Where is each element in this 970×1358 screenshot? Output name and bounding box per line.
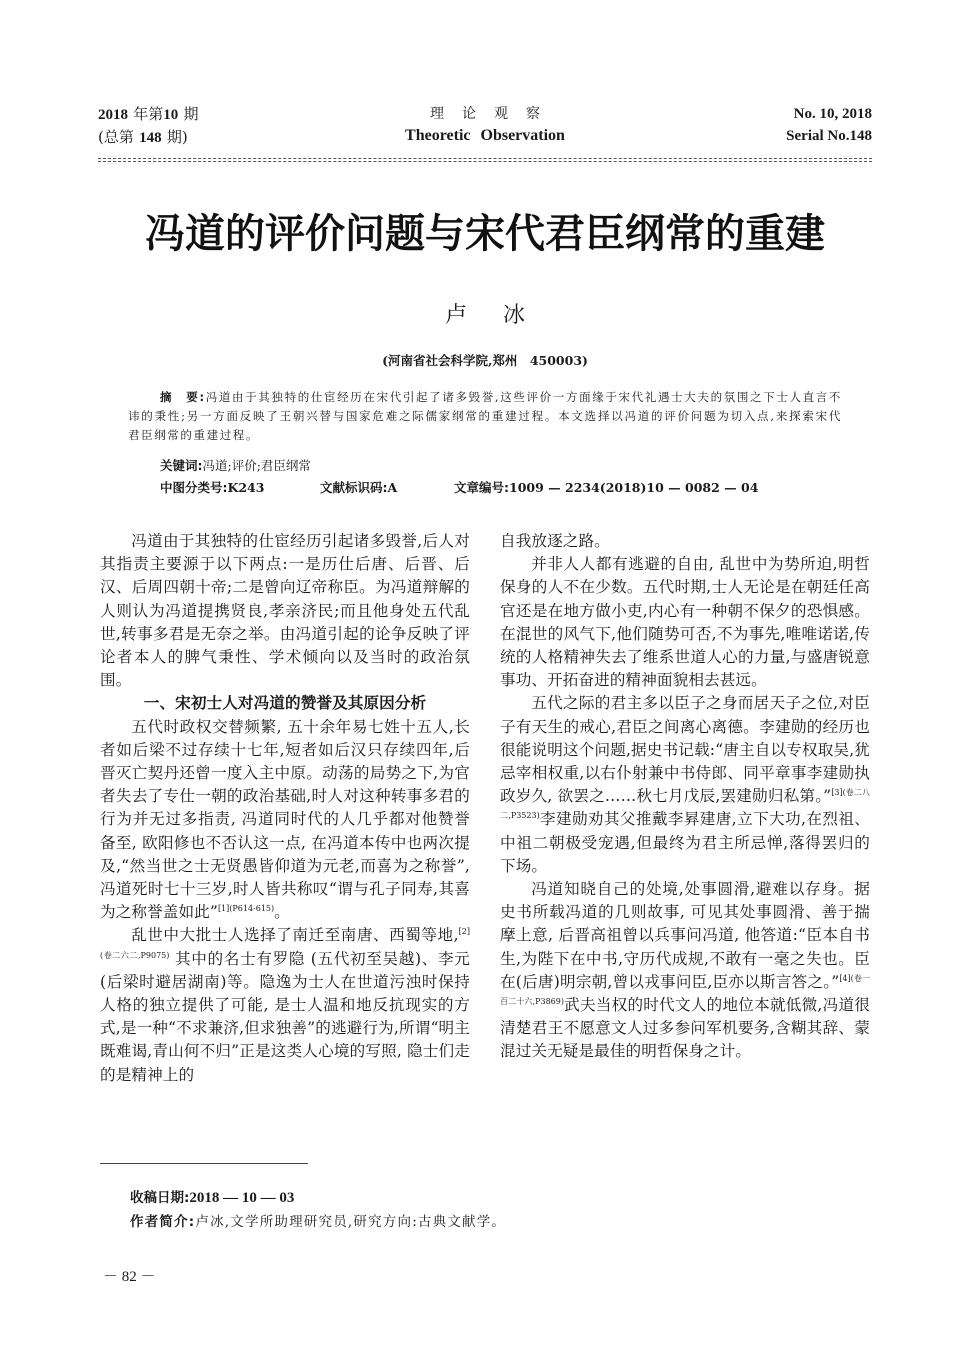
article-number: 文章编号:1009 — 2234(2018)10 — 0082 — 04 <box>454 478 758 496</box>
received-date: 收稿日期:2018 — 10 — 03 <box>130 1186 294 1207</box>
paragraph: 冯道由于其独特的仕宦经历引起诸多毁誉,后人对其指责主要源于以下两点:一是历仕后唐… <box>100 530 470 692</box>
paragraph-text: 乱世中大批士人选择了南迁至南唐、西蜀等地, <box>131 926 458 944</box>
article-no-value: 1009 — 2234(2018)10 — 0082 — 04 <box>509 480 758 495</box>
body-column-right: 自我放逐之路。 并非人人都有逃避的自由, 乱世中为势所迫,明哲保身的人不在少数。… <box>500 530 870 1064</box>
clc-code: 中图分类号:K243 <box>160 478 264 496</box>
author-affiliation: (河南省社会科学院,郑州 450003) <box>0 351 970 369</box>
abstract-label: 摘 要: <box>160 390 206 404</box>
paragraph-text: 其中的名士有罗隐 (五代初至吴越)、李元(后梁时避居湖南)等。隐逸为士人在世道污… <box>100 950 470 1084</box>
issue-number-en: No. 10, 2018 <box>786 103 872 125</box>
journal-name-cn: 理论观察 <box>98 103 872 125</box>
serial-number-en: Serial No.148 <box>786 125 872 147</box>
paragraph: 自我放逐之路。 <box>500 530 870 553</box>
page-number: － 82 － <box>103 1265 156 1286</box>
journal-name: 理论观察 Theoretic Observation <box>98 103 872 147</box>
footnote-rule <box>100 1163 308 1164</box>
paragraph-text: 冯道知晓自己的处境,处事圆滑,避难以存身。据史书所载冯道的几则故事, 可见其处事… <box>500 880 870 991</box>
clc-value: K243 <box>228 480 265 495</box>
received-date-value: 2018 — 10 — 03 <box>189 1190 294 1206</box>
paragraph-text: 五代之际的君主多以臣子之身而居天子之位,对臣子有天生的戒心,君臣之间离心离德。李… <box>500 694 870 805</box>
abstract-indent <box>128 390 160 404</box>
document-code: 文献标识码:A <box>320 478 397 496</box>
citation: [1](P614-615) <box>218 904 274 913</box>
paragraph-text: 五代时政权交替频繁, 五十余年易七姓十五人,长者如后梁不过存续十七年,短者如后汉… <box>100 718 470 922</box>
header-rule <box>98 158 872 160</box>
keywords: 关键词:冯道;评价;君臣纲常 <box>160 456 311 474</box>
paragraph: 乱世中大批士人选择了南迁至南唐、西蜀等地,[2](卷二六二,P9075) 其中的… <box>100 924 470 1086</box>
paragraph: 冯道知晓自己的处境,处事圆滑,避难以存身。据史书所载冯道的几则故事, 可见其处事… <box>500 878 870 1064</box>
paragraph: 五代时政权交替频繁, 五十余年易七姓十五人,长者如后梁不过存续十七年,短者如后汉… <box>100 716 470 925</box>
paragraph: 五代之际的君主多以臣子之身而居天子之位,对臣子有天生的戒心,君臣之间离心离德。李… <box>500 692 870 878</box>
author-name: 卢冰 <box>0 298 970 329</box>
journal-name-en: Theoretic Observation <box>98 125 872 147</box>
author-bio-label: 作者简介: <box>130 1214 195 1230</box>
body-column-left: 冯道由于其独特的仕宦经历引起诸多毁誉,后人对其指责主要源于以下两点:一是历仕后唐… <box>100 530 470 1087</box>
keywords-text: 冯道;评价;君臣纲常 <box>203 458 311 473</box>
keywords-label: 关键词: <box>160 458 203 473</box>
received-date-label: 收稿日期: <box>130 1190 189 1206</box>
section-heading: 一、宋初士人对冯道的赞誉及其原因分析 <box>100 692 470 715</box>
abstract: 摘 要:冯道由于其独特的仕宦经历在宋代引起了诸多毁誉,这些评价一方面缘于宋代礼遇… <box>128 388 842 445</box>
running-header: 2018 年第10 期 (总第 148 期) 理论观察 Theoretic Ob… <box>98 103 872 153</box>
paragraph-text: 。 <box>274 903 290 921</box>
article-no-label: 文章编号: <box>454 480 509 495</box>
paragraph-text: 李建勋劝其父推戴李昪建唐,立下大功,在烈祖、中祖二朝极受宠遇,但最终为君主所忌惮… <box>500 810 870 874</box>
author-bio-value: 卢冰,文学所助理研究员,研究方向:古典文献学。 <box>195 1214 506 1230</box>
header-rule-2 <box>98 161 872 163</box>
doc-code-label: 文献标识码: <box>320 480 388 495</box>
article-title: 冯道的评价问题与宋代君臣纲常的重建 <box>0 202 970 259</box>
abstract-text: 冯道由于其独特的仕宦经历在宋代引起了诸多毁誉,这些评价一方面缘于宋代礼遇士大夫的… <box>128 390 842 442</box>
paragraph: 并非人人都有逃避的自由, 乱世中为势所迫,明哲保身的人不在少数。五代时期,士人无… <box>500 553 870 692</box>
issue-info-en: No. 10, 2018 Serial No.148 <box>786 103 872 147</box>
author-bio: 作者简介:卢冰,文学所助理研究员,研究方向:古典文献学。 <box>130 1210 506 1230</box>
clc-label: 中图分类号: <box>160 480 228 495</box>
doc-code-value: A <box>388 480 398 495</box>
